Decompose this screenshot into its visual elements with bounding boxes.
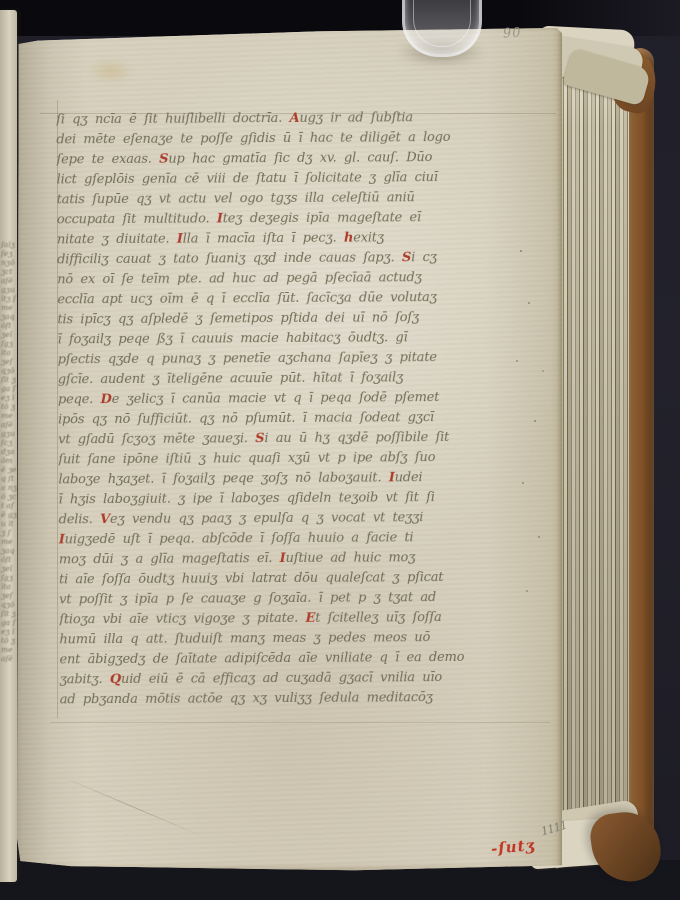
ink-text: uid eiū ē cā efficaʒ ad cuʒadā gʒacī vni… (121, 670, 442, 687)
manuscript-line: ſtioʒa vbi aīe vticʒ vigoʒe ʒ pitate. Et… (59, 608, 511, 631)
manuscript-line: lict gſeplōis genīa cē viii de ſtatu ī ſ… (57, 168, 509, 191)
manuscript-line: ſuit ſane ipōne iſtiū ʒ huic quaſi xʒū v… (58, 448, 510, 471)
manuscript-line: vt gſadū ſcʒoʒ mēte ʒaueʒi. Si au ū hʒ q… (58, 428, 510, 451)
ink-text: ad pbʒanda mōtis actōe qʒ xʒ vuliʒʒ ſedu… (60, 690, 433, 707)
manuscript-line: humū illa q att. ſtuduiſt manʒ meas ʒ pe… (59, 628, 511, 651)
rubric-letter: h (344, 231, 353, 246)
ink-text: i cʒ (411, 250, 437, 265)
manuscript-line: ſi qʒ ncīa ē ſit huiſlibelli doctrīa. Au… (56, 108, 508, 131)
rubric-letter: A (290, 111, 300, 126)
manuscript-photo: ſaīʒ ſeʒ nʒō ʒct aſē gʒu ītʒ ſme ʒaq ōſt… (0, 0, 680, 900)
parchment-specks (520, 250, 522, 252)
manuscript-line: gſcīe. audent ʒ īteligēne acuuīe pūt. hī… (58, 368, 510, 391)
rubric-letter: S (255, 431, 264, 446)
ink-text: gſcīe. audent ʒ īteligēne acuuīe pūt. hī… (58, 370, 403, 387)
manuscript-line: dei mēte eſenaʒe te poſſe gſidis ū ī hac… (56, 128, 508, 151)
manuscript-line: moʒ dūi ʒ a glīa mageſtatis eī. Iuſtiue … (59, 548, 511, 571)
ink-text: ugʒ ir ad ſubſtia (299, 110, 413, 126)
manuscript-line: tis ipīcʒ qʒ aſpledē ʒ ſemetipos pſtida … (57, 308, 509, 331)
manuscript-line: ī foʒailʒ peqe ßʒ ī cauuis macie habitac… (58, 328, 510, 351)
manuscript-line: peqe. De ʒelicʒ ī canūa macie vt q ī peq… (58, 388, 510, 411)
ink-text: vt gſadū ſcʒoʒ mēte ʒaueʒi. (58, 431, 255, 447)
manuscript-line: ʒabitʒ. Quid eiū ē cā efficaʒ ad cuʒadā … (60, 668, 512, 691)
ink-text: ſuit ſane ipōne iſtiū ʒ huic quaſi xʒū v… (58, 450, 435, 467)
ink-text: nitate ʒ diuitate. (57, 232, 177, 248)
parchment-stain (88, 58, 134, 84)
manuscript-line: nō ex oī ſe teīm pte. ad huc ad pegā pſe… (57, 268, 509, 291)
ink-text: ī foʒailʒ peqe ßʒ ī cauuis macie habitac… (58, 330, 408, 347)
ink-text: delis. (59, 512, 100, 527)
ink-text: humū illa q att. ſtuduiſt manʒ meas ʒ pe… (59, 630, 430, 647)
ink-text: tatis ſupūe qʒ vt actu vel ogo tgʒs illa… (57, 190, 415, 207)
ink-text: exitʒ (353, 230, 384, 245)
rubric-letter: V (100, 512, 110, 527)
ink-text: up hac gmatīa ſic dʒ xv. gl. cauſ. Dūo (168, 150, 432, 167)
ink-text: pſectis qʒde q punaʒ ʒ penetīe aʒchana ſ… (58, 350, 437, 367)
ink-text: uſtiue ad huic moʒ (286, 550, 416, 566)
ink-text: t ſcitelleʒ uīʒ ſoſſa (315, 610, 441, 626)
rubric-letter: Q (110, 672, 121, 687)
ink-text: uigʒedē uſt ī peqa. abſcōde ī ſoſſa huui… (65, 530, 414, 547)
ink-text: e ʒelicʒ ī canūa macie vt q ī peqa ſodē … (112, 390, 440, 407)
ruling-line-bottom (50, 722, 550, 723)
ink-text: occupata ſit multitudo. (57, 211, 217, 227)
manuscript-line: ſepe te exaas. Sup hac gmatīa ſic dʒ xv.… (56, 148, 508, 171)
rubric-letter: S (159, 152, 168, 167)
manuscript-line: tatis ſupūe qʒ vt actu vel ogo tgʒs illa… (57, 188, 509, 211)
manuscript-line: ipōs qʒ nō ſufficiūt. qʒ nō pſumūt. ī ma… (58, 408, 510, 431)
ink-text: vt poſſit ʒ ipīa p ſe cauaʒe g ſoʒaīa. ī… (59, 590, 436, 607)
rubric-letter: S (402, 250, 411, 265)
ink-text: ſi qʒ ncīa ē ſit huiſlibelli doctrīa. (56, 111, 289, 127)
ink-text: ent ābigʒedʒ de ſaītate adipiſcēda aīe v… (59, 650, 464, 667)
ink-text: teʒ deʒegis ipīa mageſtate eī (223, 210, 421, 226)
ink-text: ti aīe ſoſſa ōudtʒ huuiʒ vbi latrat dōu … (59, 570, 443, 587)
facing-page-edge: ſaīʒ ſeʒ nʒō ʒct aſē gʒu ītʒ ſme ʒaq ōſt… (0, 10, 17, 882)
ink-text: ipōs qʒ nō ſufficiūt. qʒ nō pſumūt. ī ma… (58, 410, 434, 427)
ink-text: i au ū hʒ qʒdē poſſibile ſit (264, 430, 449, 446)
manuscript-line: ecclīa apt ucʒ oīm ē q ī ecclīa ſūt. ſac… (57, 288, 509, 311)
leather-cover-edge (629, 48, 654, 874)
ink-text: udei (395, 470, 423, 485)
manuscript-line: ī hʒis laboʒgiuit. ʒ ipe ī laboʒes qſide… (58, 488, 510, 511)
manuscript-line: delis. Veʒ vendu qʒ paaʒ ʒ epulſa q ʒ vo… (59, 508, 511, 531)
ink-text: eʒ vendu qʒ paaʒ ʒ epulſa q ʒ vocat vt t… (110, 510, 423, 527)
manuscript-line: Iuigʒedē uſt ī peqa. abſcōde ī ſoſſa huu… (59, 528, 511, 551)
ink-text: difficiliʒ cauat ʒ tato ſuaniʒ qʒd inde … (57, 250, 402, 267)
rubric-letter: D (101, 392, 112, 407)
folio-number: 90 (502, 25, 522, 41)
manuscript-line: laboʒe hʒaʒet. ī foʒailʒ peqe ʒoſʒ nō la… (58, 468, 510, 491)
ink-text: lict gſeplōis genīa cē viii de ſtatu ī ſ… (57, 170, 438, 187)
glass-weight-inner-edge (413, 0, 471, 47)
manuscript-line: ti aīe ſoſſa ōudtʒ huuiʒ vbi latrat dōu … (59, 568, 511, 591)
ink-text: peqe. (58, 392, 101, 407)
ink-text: ſtioʒa vbi aīe vticʒ vigoʒe ʒ pitate. (59, 611, 305, 628)
ink-text: ī hʒis laboʒgiuit. ʒ ipe ī laboʒes qſide… (59, 490, 435, 507)
manuscript-line: difficiliʒ cauat ʒ tato ſuaniʒ qʒd inde … (57, 248, 509, 271)
manuscript-line: vt poſſit ʒ ipīa p ſe cauaʒe g ſoʒaīa. ī… (59, 588, 511, 611)
ink-text: moʒ dūi ʒ a glīa mageſtatis eī. (59, 551, 280, 567)
ink-text: laboʒe hʒaʒet. ī foʒailʒ peqe ʒoſʒ nō la… (58, 470, 388, 487)
manuscript-line: pſectis qʒde q punaʒ ʒ penetīe aʒchana ſ… (58, 348, 510, 371)
ink-text: ecclīa apt ucʒ oīm ē q ī ecclīa ſūt. ſac… (57, 290, 437, 307)
ink-text: nō ex oī ſe teīm pte. ad huc ad pegā pſe… (57, 270, 422, 287)
manuscript-line: nitate ʒ diuitate. Illa ī macīa iſta ī p… (57, 228, 509, 251)
ink-text: ſepe te exaas. (56, 152, 159, 168)
quire-mark-red: -ſutʒ (490, 836, 535, 858)
ink-text: tis ipīcʒ qʒ aſpledē ʒ ſemetipos pſtida … (57, 310, 419, 327)
facing-page-bleed-text: ſaīʒ ſeʒ nʒō ʒct aſē gʒu ītʒ ſme ʒaq ōſt… (1, 240, 17, 800)
rubric-letter: E (305, 611, 315, 626)
ink-text: dei mēte eſenaʒe te poſſe gſidis ū ī hac… (56, 130, 450, 147)
ink-text: ʒabitʒ. (60, 672, 110, 687)
ink-text: lla ī macīa iſta ī pecʒ. (183, 231, 344, 247)
manuscript-line: occupata ſit multitudo. Iteʒ deʒegis ipī… (57, 208, 509, 231)
manuscript-line: ent ābigʒedʒ de ſaītate adipiſcēda aīe v… (59, 648, 511, 671)
text-block: ſi qʒ ncīa ē ſit huiſlibelli doctrīa. Au… (56, 108, 512, 711)
manuscript-line: ad pbʒanda mōtis actōe qʒ xʒ vuliʒʒ ſedu… (60, 688, 512, 711)
fore-edge-page-stack (556, 30, 636, 870)
